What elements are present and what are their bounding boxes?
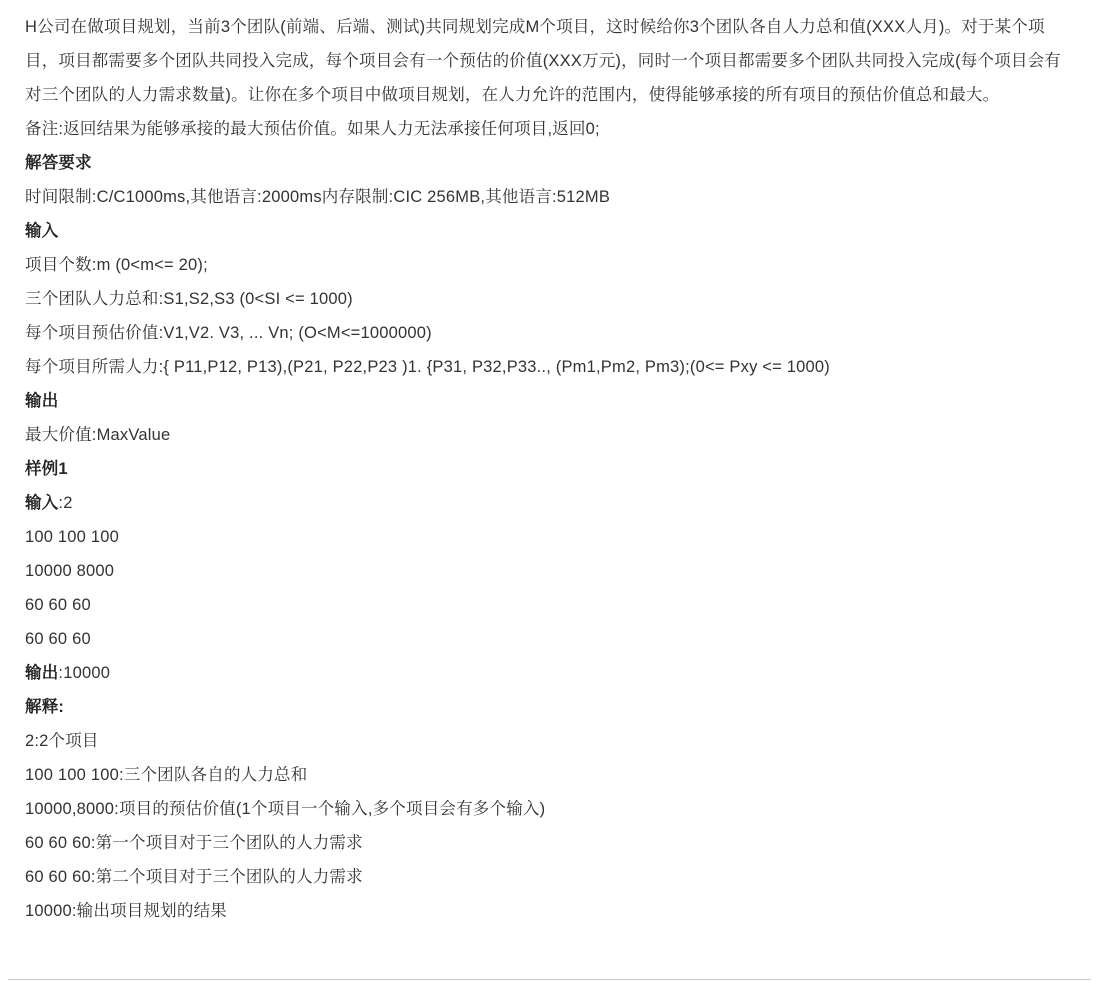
section-heading-explanation: 解释: — [25, 690, 1063, 724]
sample-input-line-4-text: 60 60 60 — [25, 630, 91, 648]
explanation-line-3: 10000,8000:项目的预估价值(1个项目一个输入,多个项目会有多个输入) — [25, 792, 1063, 826]
sample-input-line-1: 100 100 100 — [25, 520, 1063, 554]
input-spec-project-values-text: 每个项目预估价值:V1,V2. V3, ... Vn; (O<M<=100000… — [25, 324, 432, 342]
section-heading-output: 输出 — [25, 384, 1063, 418]
limits-line-text: 时间限制:C/C1000ms,其他语言:2000ms内存限制:CIC 256MB… — [25, 188, 610, 206]
sample-output-label-text: :10000 — [58, 664, 110, 682]
explanation-line-5-text: 60 60 60:第二个项目对于三个团队的人力需求 — [25, 868, 363, 886]
sample-input-line-1-text: 100 100 100 — [25, 528, 119, 546]
explanation-line-4-text: 60 60 60:第一个项目对于三个团队的人力需求 — [25, 834, 363, 852]
problem-description-text: H公司在做项目规划，当前3个团队(前端、后端、测试)共同规划完成M个项目，这时候… — [25, 18, 1061, 104]
bottom-divider — [8, 979, 1091, 980]
explanation-line-6: 10000:输出项目规划的结果 — [25, 894, 1063, 928]
sample-input-label-text: :2 — [58, 494, 72, 512]
sample-input-label: 输入:2 — [25, 486, 1063, 520]
explanation-line-4: 60 60 60:第一个项目对于三个团队的人力需求 — [25, 826, 1063, 860]
explanation-line-1-text: 2:2个项目 — [25, 732, 99, 750]
input-spec-team-manpower-text: 三个团队人力总和:S1,S2,S3 (0<SI <= 1000) — [25, 290, 353, 308]
explanation-line-5: 60 60 60:第二个项目对于三个团队的人力需求 — [25, 860, 1063, 894]
explanation-line-2: 100 100 100:三个团队各自的人力总和 — [25, 758, 1063, 792]
input-spec-manpower-demands-text: 每个项目所需人力:{ P11,P12, P13),(P21, P22,P23 )… — [25, 358, 830, 376]
section-heading-input-bold: 输入 — [25, 222, 58, 240]
input-spec-project-values: 每个项目预估价值:V1,V2. V3, ... Vn; (O<M<=100000… — [25, 316, 1063, 350]
limits-line: 时间限制:C/C1000ms,其他语言:2000ms内存限制:CIC 256MB… — [25, 180, 1063, 214]
sample-input-line-3: 60 60 60 — [25, 588, 1063, 622]
sample-input-line-2: 10000 8000 — [25, 554, 1063, 588]
problem-content: H公司在做项目规划，当前3个团队(前端、后端、测试)共同规划完成M个项目，这时候… — [0, 0, 1099, 928]
input-spec-project-count-text: 项目个数:m (0<m<= 20); — [25, 256, 208, 274]
output-spec: 最大价值:MaxValue — [25, 418, 1063, 452]
sample-input-label-bold: 输入 — [25, 494, 58, 512]
output-spec-text: 最大价值:MaxValue — [25, 426, 170, 444]
sample-input-line-3-text: 60 60 60 — [25, 596, 91, 614]
section-heading-input: 输入 — [25, 214, 1063, 248]
sample-input-line-2-text: 10000 8000 — [25, 562, 114, 580]
input-spec-manpower-demands: 每个项目所需人力:{ P11,P12, P13),(P21, P22,P23 )… — [25, 350, 1063, 384]
section-heading-requirements: 解答要求 — [25, 146, 1063, 180]
input-spec-project-count: 项目个数:m (0<m<= 20); — [25, 248, 1063, 282]
section-heading-requirements-bold: 解答要求 — [25, 154, 92, 172]
note-line-text: 备注:返回结果为能够承接的最大预估价值。如果人力无法承接任何项目,返回0; — [25, 120, 600, 138]
section-heading-sample1-bold: 样例1 — [25, 460, 68, 478]
explanation-line-1: 2:2个项目 — [25, 724, 1063, 758]
section-heading-output-bold: 输出 — [25, 392, 58, 410]
sample-output-label: 输出:10000 — [25, 656, 1063, 690]
problem-description: H公司在做项目规划，当前3个团队(前端、后端、测试)共同规划完成M个项目，这时候… — [25, 10, 1063, 112]
sample-input-line-4: 60 60 60 — [25, 622, 1063, 656]
input-spec-team-manpower: 三个团队人力总和:S1,S2,S3 (0<SI <= 1000) — [25, 282, 1063, 316]
section-heading-explanation-bold: 解释: — [25, 698, 64, 716]
sample-output-label-bold: 输出 — [25, 664, 58, 682]
explanation-line-2-text: 100 100 100:三个团队各自的人力总和 — [25, 766, 307, 784]
section-heading-sample1: 样例1 — [25, 452, 1063, 486]
note-line: 备注:返回结果为能够承接的最大预估价值。如果人力无法承接任何项目,返回0; — [25, 112, 1063, 146]
explanation-line-3-text: 10000,8000:项目的预估价值(1个项目一个输入,多个项目会有多个输入) — [25, 800, 545, 818]
explanation-line-6-text: 10000:输出项目规划的结果 — [25, 902, 227, 920]
problem-page: H公司在做项目规划，当前3个团队(前端、后端、测试)共同规划完成M个项目，这时候… — [0, 0, 1099, 986]
